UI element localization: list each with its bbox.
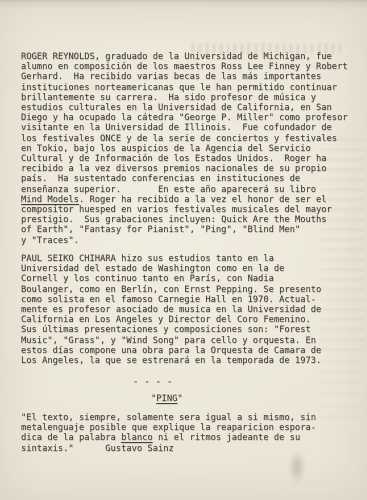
text-line: estos días compone una obra para la Orqu… xyxy=(21,346,321,356)
text-segment: brillantemente su carrera. Ha sido profe… xyxy=(21,93,316,103)
text-line: Boulanger, como en Berlín, con Ernst Pep… xyxy=(21,285,321,295)
text-segment: instituciones norteamericanas que le han… xyxy=(21,83,337,93)
text-line: recibido a la vez diversos premios nacio… xyxy=(21,164,348,174)
text-line: Music", "Grass", y "Wind Song" para cell… xyxy=(21,336,321,346)
text-line: of Earth", "Fantasy for Pianist", "Ping"… xyxy=(21,225,348,235)
text-segment: Cornell y los continuo tanto en París, c… xyxy=(21,274,274,284)
text-line: alumno en composición de los maestros Ro… xyxy=(21,62,348,72)
text-segment: Gerhard. Ha recibido varias becas de las… xyxy=(21,72,321,82)
text-line: dica de la palabra blanco ni el ritmos j… xyxy=(21,433,316,443)
text-segment: Music", "Grass", y "Wind Song" para cell… xyxy=(21,336,316,346)
text-segment: en Tokio, bajo los auspicios de la Agenc… xyxy=(21,144,311,154)
text-segment: ni el ritmos jadeante de su xyxy=(153,433,301,443)
text-line: Universidad del estado de Washington com… xyxy=(21,264,321,274)
text-segment: enseñanza superior. En este año aparecer… xyxy=(21,185,316,195)
text-segment: Los Angeles, la que se estrenará en la t… xyxy=(21,356,321,366)
text-segment: Boulanger, como en Berlín, con Ernst Pep… xyxy=(21,285,321,295)
text-segment: of Earth", "Fantasy for Pianist", "Ping"… xyxy=(21,225,300,235)
text-line: compositor huesped en varios festivales … xyxy=(21,205,348,215)
text-line: ROGER REYNOLDS, graduado de la Universid… xyxy=(21,52,348,62)
text-segment: dica de la palabra xyxy=(21,433,121,443)
text-line: Sus últimas presentaciones y composicion… xyxy=(21,325,321,335)
text-line: instituciones norteamericanas que le han… xyxy=(21,83,348,93)
text-line: visitante en la Universidad de Illinois.… xyxy=(21,123,348,133)
text-segment: . Roger ha recibido a la vez el honor de… xyxy=(79,195,327,205)
text-segment: "El texto, siempre, solamente sera igual… xyxy=(21,413,316,423)
text-line: estudios culturales en la Universidad de… xyxy=(21,103,348,113)
text-segment: mente es profesor asociado de musica en … xyxy=(21,305,321,315)
underlined-text: Mind Models xyxy=(21,195,79,205)
text-segment: como solista en el famoso Carnegie Hall … xyxy=(21,295,316,305)
text-segment: alumno en composición de los maestros Ro… xyxy=(21,62,348,72)
text-line: prestigio. Sus grabaciones incluyen: Qui… xyxy=(21,215,348,225)
text-line: país. Ha sustentado conferencias en inst… xyxy=(21,174,348,184)
text-segment: y "Traces". xyxy=(21,236,79,246)
text-line: en Tokio, bajo los auspicios de la Agenc… xyxy=(21,144,348,154)
bleed-through-artifact xyxy=(321,360,361,420)
text-line: sintaxis." Gustavo Sainz xyxy=(21,444,316,454)
text-line: PAUL SEIKO CHIHARA hizo sus estudios tan… xyxy=(21,254,321,264)
text-line: California en Los Angeles y Director del… xyxy=(21,315,321,325)
paragraph-paul-chihara-bio: PAUL SEIKO CHIHARA hizo sus estudios tan… xyxy=(21,254,321,366)
text-line: "PING" xyxy=(151,394,183,404)
text-segment: país. Ha sustentado conferencias en inst… xyxy=(21,174,300,184)
underlined-text: PING xyxy=(156,394,177,404)
text-line: metalenguaje posible que explique la rea… xyxy=(21,423,316,433)
text-line: enseñanza superior. En este año aparecer… xyxy=(21,185,348,195)
paragraph-roger-reynolds-bio: ROGER REYNOLDS, graduado de la Universid… xyxy=(21,52,348,246)
text-line: brillantemente su carrera. Ha sido profe… xyxy=(21,93,348,103)
text-line: Los Angeles, la que se estrenará en la t… xyxy=(21,356,321,366)
text-segment: metalenguaje posible que explique la rea… xyxy=(21,423,316,433)
text-segment: estudios culturales en la Universidad de… xyxy=(21,103,332,113)
text-segment: visitante en la Universidad de Illinois.… xyxy=(21,123,332,133)
text-line: Cornell y los continuo tanto en París, c… xyxy=(21,274,321,284)
text-line: como solista en el famoso Carnegie Hall … xyxy=(21,295,321,305)
text-segment: California en Los Angeles y Director del… xyxy=(21,315,311,325)
text-segment: Universidad del estado de Washington com… xyxy=(21,264,284,274)
text-segment: prestigio. Sus grabaciones incluyen: Qui… xyxy=(21,215,327,225)
text-segment: los festivales ONCE y de la serie de con… xyxy=(21,134,337,144)
text-line: los festivales ONCE y de la serie de con… xyxy=(21,134,348,144)
text-segment: Cultural y de Información de los Estados… xyxy=(21,154,327,164)
text-line: Mind Models. Roger ha recibido a la vez … xyxy=(21,195,348,205)
dash-separator: - - - - xyxy=(133,377,173,387)
text-segment: ROGER REYNOLDS, graduado de la Universid… xyxy=(21,52,332,62)
section-heading-ping: "PING" xyxy=(151,394,183,404)
underlined-text: blanco xyxy=(121,433,153,443)
text-segment: Diego y ha ocupado la cátedra "George P.… xyxy=(21,113,348,123)
text-line: mente es profesor asociado de musica en … xyxy=(21,305,321,315)
scanned-document-page: ROGER REYNOLDS, graduado de la Universid… xyxy=(0,0,367,500)
text-line: y "Traces". xyxy=(21,236,348,246)
text-line: "El texto, siempre, solamente sera igual… xyxy=(21,413,316,423)
text-segment: sintaxis." Gustavo Sainz xyxy=(21,444,174,454)
text-segment: PAUL SEIKO CHIHARA hizo sus estudios tan… xyxy=(21,254,274,264)
text-segment: " xyxy=(177,394,182,404)
text-segment: estos días compone una obra para la Orqu… xyxy=(21,346,321,356)
text-segment: compositor huesped en varios festivales … xyxy=(21,205,332,215)
text-segment: recibido a la vez diversos premios nacio… xyxy=(21,164,327,174)
quote-paragraph: "El texto, siempre, solamente sera igual… xyxy=(21,413,316,454)
text-line: Cultural y de Información de los Estados… xyxy=(21,154,348,164)
text-segment: Sus últimas presentaciones y composicion… xyxy=(21,325,311,335)
text-line: Diego y ha ocupado la cátedra "George P.… xyxy=(21,113,348,123)
text-line: Gerhard. Ha recibido varias becas de las… xyxy=(21,72,348,82)
scan-smudge-artifact xyxy=(288,450,306,484)
